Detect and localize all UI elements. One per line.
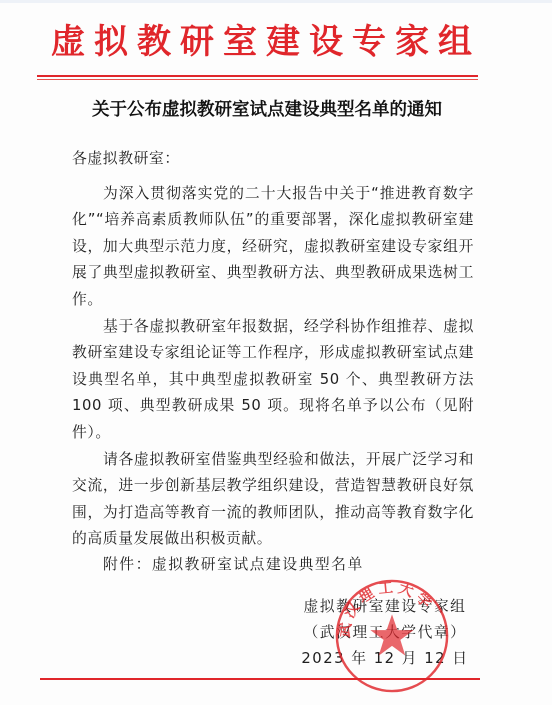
- paragraph-1: 为深入贯彻落实党的二十大报告中关于“推进教育数字化”“培养高素质教师队伍”的重要…: [72, 181, 474, 314]
- paragraph-2: 基于各虚拟教研室年报数据，经学科协作组推荐、虚拟教研室建设专家组论证等工作程序，…: [72, 314, 474, 447]
- footer-rule: [40, 678, 480, 680]
- seal-note: （武汉理工大学代章）: [285, 620, 485, 646]
- issuer-name: 虚拟教研室建设专家组: [285, 594, 485, 620]
- top-border: [0, 0, 552, 3]
- attachment-line: 附件：虚拟教研室试点建设典型名单: [103, 553, 364, 574]
- organization-header: 虚拟教研室建设专家组: [0, 20, 552, 64]
- header-rule: [37, 75, 478, 77]
- paragraph-3: 请各虚拟教研室借鉴典型经验和做法，开展广泛学习和交流，进一步创新基层教学组织建设…: [72, 447, 474, 553]
- salutation: 各虚拟教研室：: [72, 146, 474, 173]
- signature-block: 虚拟教研室建设专家组 （武汉理工大学代章） 2023 年 12 月 12 日: [285, 594, 485, 672]
- issue-date: 2023 年 12 月 12 日: [285, 646, 485, 672]
- header-rule-secondary: [37, 79, 478, 80]
- document-title: 关于公布虚拟教研室试点建设典型名单的通知: [0, 97, 552, 123]
- document-body: 各虚拟教研室： 为深入贯彻落实党的二十大报告中关于“推进教育数字化”“培养高素质…: [72, 146, 474, 553]
